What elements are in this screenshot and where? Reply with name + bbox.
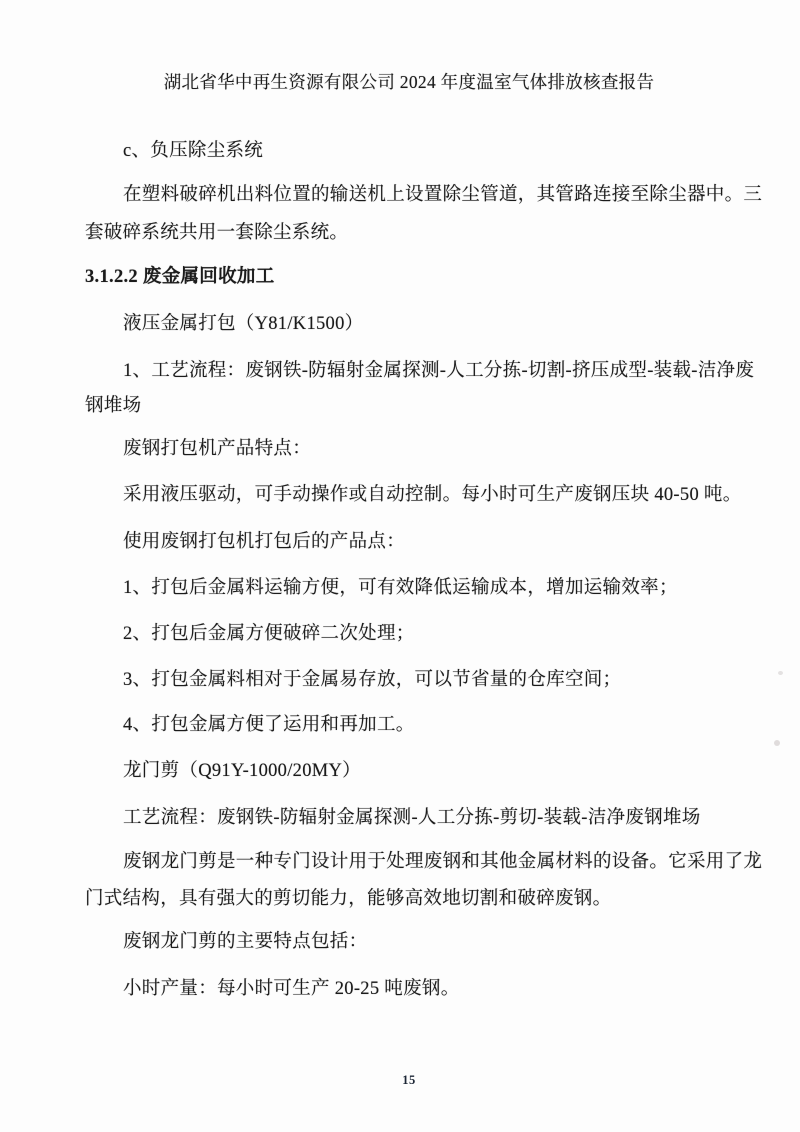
page-number: 15 (85, 1069, 733, 1091)
gantry-shear-description-line: 废钢龙门剪是一种专门设计用于处理废钢和其他金属材料的设备。它采用了龙 (123, 851, 762, 873)
gantry-shear-process-line: 工艺流程：废钢铁-防辐射金属探测-人工分拣-剪切-装载-洁净废钢堆场 (123, 807, 701, 829)
product-list-item: 3、打包金属料相对于金属易存放，可以节省量的仓库空间； (123, 669, 621, 691)
document-header-title: 湖北省华中再生资源有限公司 2024 年度温室气体排放核查报告 (85, 71, 733, 93)
product-list-item: 2、打包后金属方便破碎二次处理； (123, 623, 415, 645)
gantry-shear-title: 龙门剪（Q91Y-1000/20MY） (123, 760, 361, 782)
gantry-shear-description-line: 门式结构，具有强大的剪切能力，能够高效地切割和破碎废钢。 (85, 888, 611, 910)
document-page: 湖北省华中再生资源有限公司 2024 年度温室气体排放核查报告 c、负压除尘系统… (0, 0, 800, 1132)
gantry-shear-hourly-output: 小时产量：每小时可生产 20-25 吨废钢。 (123, 978, 460, 1000)
gantry-shear-features-heading: 废钢龙门剪的主要特点包括： (123, 931, 367, 953)
scan-artifact (778, 671, 783, 675)
hydraulic-baler-title: 液压金属打包（Y81/K1500） (123, 313, 363, 335)
product-list-item: 4、打包金属方便了运用和再加工。 (123, 714, 415, 736)
dust-system-paragraph-line: 套破碎系统共用一套除尘系统。 (85, 222, 348, 244)
baler-process-line: 1、工艺流程：废钢铁-防辐射金属探测-人工分拣-切割-挤压成型-装载-洁净废 (123, 360, 754, 382)
product-list-item: 1、打包后金属料运输方便，可有效降低运输成本，增加运输效率； (123, 577, 678, 599)
baler-products-heading: 使用废钢打包机打包后的产品点： (123, 531, 405, 553)
dust-system-paragraph-line: 在塑料破碎机出料位置的输送机上设置除尘管道，其管路连接至除尘器中。三 (123, 184, 762, 206)
scan-artifact (774, 740, 780, 746)
section-heading-3-1-2-2: 3.1.2.2 废金属回收加工 (85, 266, 275, 288)
subsection-c-heading: c、负压除尘系统 (123, 140, 263, 162)
baler-features-heading: 废钢打包机产品特点： (123, 438, 311, 460)
baler-features-description: 采用液压驱动，可手动操作或自动控制。每小时可生产废钢压块 40-50 吨。 (123, 484, 742, 506)
baler-process-line: 钢堆场 (85, 395, 141, 417)
